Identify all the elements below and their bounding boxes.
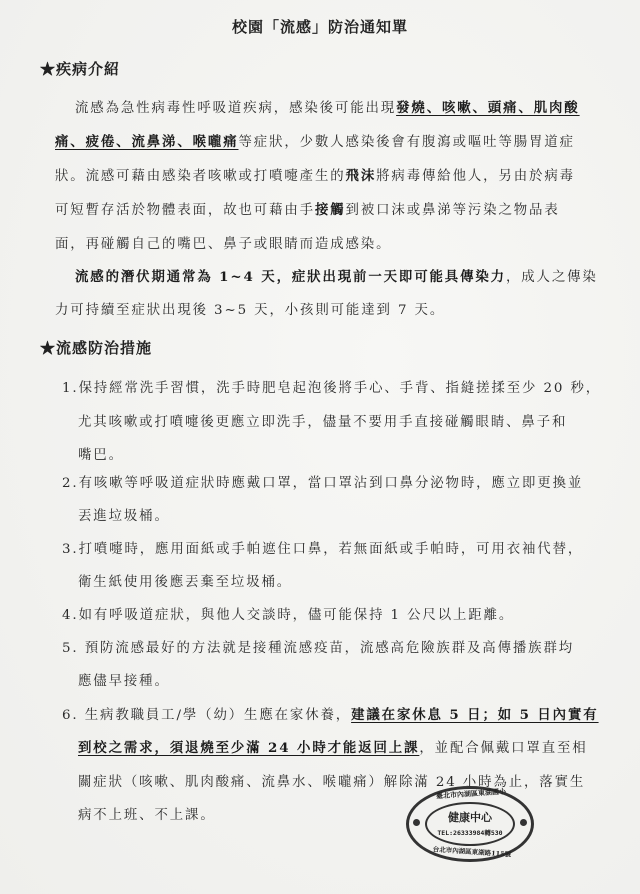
section-heading-disease-intro: ★疾病介紹	[40, 58, 120, 79]
paragraph-line: 狀。流感可藉由感染者咳嗽或打噴嚏產生的飛沫將病毒傳給他人，另由於病毒	[55, 165, 575, 184]
text: 衛生紙使用後應丟棄至垃圾桶。	[78, 575, 292, 590]
paragraph-line: 痛、疲倦、流鼻涕、喉嚨痛等症狀，少數人感染後會有腹瀉或嘔吐等腸胃道症	[55, 131, 575, 150]
stamp-phone: TEL:26333984轉530	[427, 828, 513, 837]
text: 4.如有呼吸道症狀，與他人交談時，儘可能保持 1 公尺以上距離。	[62, 608, 514, 623]
text: ，並配合佩戴口罩直至相	[419, 741, 587, 756]
contact-highlight: 接觸	[315, 202, 346, 218]
document-title: 校園「流感」防治通知單	[0, 16, 640, 37]
text: 嘴巴。	[78, 448, 124, 463]
text: 5. 預防流感最好的方法就是接種流感疫苗，流感高危險族群及高傳播族群均	[62, 641, 574, 656]
text: 病不上班、不上課。	[78, 808, 216, 823]
list-item-2-cont: 丟進垃圾桶。	[78, 505, 170, 524]
stamp-emblem-icon	[520, 819, 527, 826]
droplet-highlight: 飛沫	[346, 168, 377, 184]
paragraph-line: 面，再碰觸自己的嘴巴、鼻子或眼睛而造成感染。	[55, 233, 391, 252]
list-item-3: 3.打噴嚏時，應用面紙或手帕遮住口鼻，若無面紙或手帕時，可用衣袖代替，	[62, 538, 583, 557]
text: 6. 生病教職員工/學（幼）生應在家休養，	[62, 708, 351, 723]
text: ，成人之傳染	[506, 270, 598, 285]
text: 丟進垃圾桶。	[78, 509, 170, 524]
list-item-2: 2.有咳嗽等呼吸道症狀時應戴口罩，當口罩沾到口鼻分泌物時，應立即更換並	[62, 472, 583, 491]
text: 應儘早接種。	[78, 674, 170, 689]
text: 1.保持經常洗手習慣，洗手時肥皂起泡後將手心、手背、指縫搓揉至少 20 秒，	[62, 381, 601, 396]
text: 將病毒傳給他人，另由於病毒	[376, 169, 575, 184]
list-item-3-cont: 衛生紙使用後應丟棄至垃圾桶。	[78, 571, 292, 590]
list-item-5-cont: 應儘早接種。	[78, 670, 170, 689]
stamp-inner-ring: 健康中心 TEL:26333984轉530	[425, 802, 515, 846]
paragraph-line: 力可持續至症狀出現後 3~5 天，小孩則可能達到 7 天。	[55, 299, 445, 318]
text: 3.打噴嚏時，應用面紙或手帕遮住口鼻，若無面紙或手帕時，可用衣袖代替，	[62, 542, 583, 557]
list-item-1: 1.保持經常洗手習慣，洗手時肥皂起泡後將手心、手背、指縫搓揉至少 20 秒，	[62, 377, 601, 396]
list-item-1-cont: 嘴巴。	[78, 444, 124, 463]
text: 流感為急性病毒性呼吸道疾病，感染後可能出現	[75, 101, 396, 116]
stamp-office-name: 健康中心	[427, 809, 513, 825]
symptoms-highlight: 發燒、咳嗽、頭痛、肌肉酸	[396, 100, 580, 116]
paragraph-line: 可短暫存活於物體表面，故也可藉由手接觸到被口沫或鼻涕等污染之物品表	[55, 199, 560, 218]
list-item-6-cont: 病不上班、不上課。	[78, 804, 216, 823]
notice-page: 校園「流感」防治通知單 ★疾病介紹 流感為急性病毒性呼吸道疾病，感染後可能出現發…	[0, 0, 640, 894]
fever-rule-highlight: 到校之需求，須退燒至少滿 24 小時才能返回上課	[78, 740, 419, 756]
official-seal-stamp: 臺北市內湖區東湖國小 健康中心 TEL:26333984轉530 台北市內湖區東…	[406, 786, 534, 862]
stamp-emblem-icon	[413, 819, 420, 826]
section-heading-prevention: ★流感防治措施	[40, 337, 152, 358]
symptoms-highlight: 痛、疲倦、流鼻涕、喉嚨痛	[55, 134, 239, 150]
paragraph-line: 流感的潛伏期通常為 1~4 天，症狀出現前一天即可能具傳染力，成人之傳染	[75, 266, 598, 285]
rest-recommendation-highlight: 建議在家休息 5 日；如 5 日內實有	[351, 707, 598, 723]
list-item-1-cont: 尤其咳嗽或打噴嚏後更應立即洗手，儘量不要用手直接碰觸眼睛、鼻子和	[78, 411, 567, 430]
text: 2.有咳嗽等呼吸道症狀時應戴口罩，當口罩沾到口鼻分泌物時，應立即更換並	[62, 476, 583, 491]
incubation-highlight: 流感的潛伏期通常為 1~4 天，症狀出現前一天即可能具傳染力	[75, 269, 506, 285]
text: 等症狀，少數人感染後會有腹瀉或嘔吐等腸胃道症	[239, 135, 575, 150]
text: 力可持續至症狀出現後 3~5 天，小孩則可能達到 7 天。	[55, 303, 445, 318]
list-item-6: 6. 生病教職員工/學（幼）生應在家休養，建議在家休息 5 日；如 5 日內實有	[62, 704, 599, 723]
text: 可短暫存活於物體表面，故也可藉由手	[55, 203, 315, 218]
text: 到被口沫或鼻涕等污染之物品表	[346, 203, 560, 218]
list-item-4: 4.如有呼吸道症狀，與他人交談時，儘可能保持 1 公尺以上距離。	[62, 604, 514, 623]
text: 尤其咳嗽或打噴嚏後更應立即洗手，儘量不要用手直接碰觸眼睛、鼻子和	[78, 415, 567, 430]
list-item-6-cont: 到校之需求，須退燒至少滿 24 小時才能返回上課，並配合佩戴口罩直至相	[78, 737, 588, 756]
paragraph-line: 流感為急性病毒性呼吸道疾病，感染後可能出現發燒、咳嗽、頭痛、肌肉酸	[75, 97, 580, 116]
list-item-5: 5. 預防流感最好的方法就是接種流感疫苗，流感高危險族群及高傳播族群均	[62, 637, 574, 656]
text: 狀。流感可藉由感染者咳嗽或打噴嚏產生的	[55, 169, 346, 184]
text: 面，再碰觸自己的嘴巴、鼻子或眼睛而造成感染。	[55, 237, 391, 252]
